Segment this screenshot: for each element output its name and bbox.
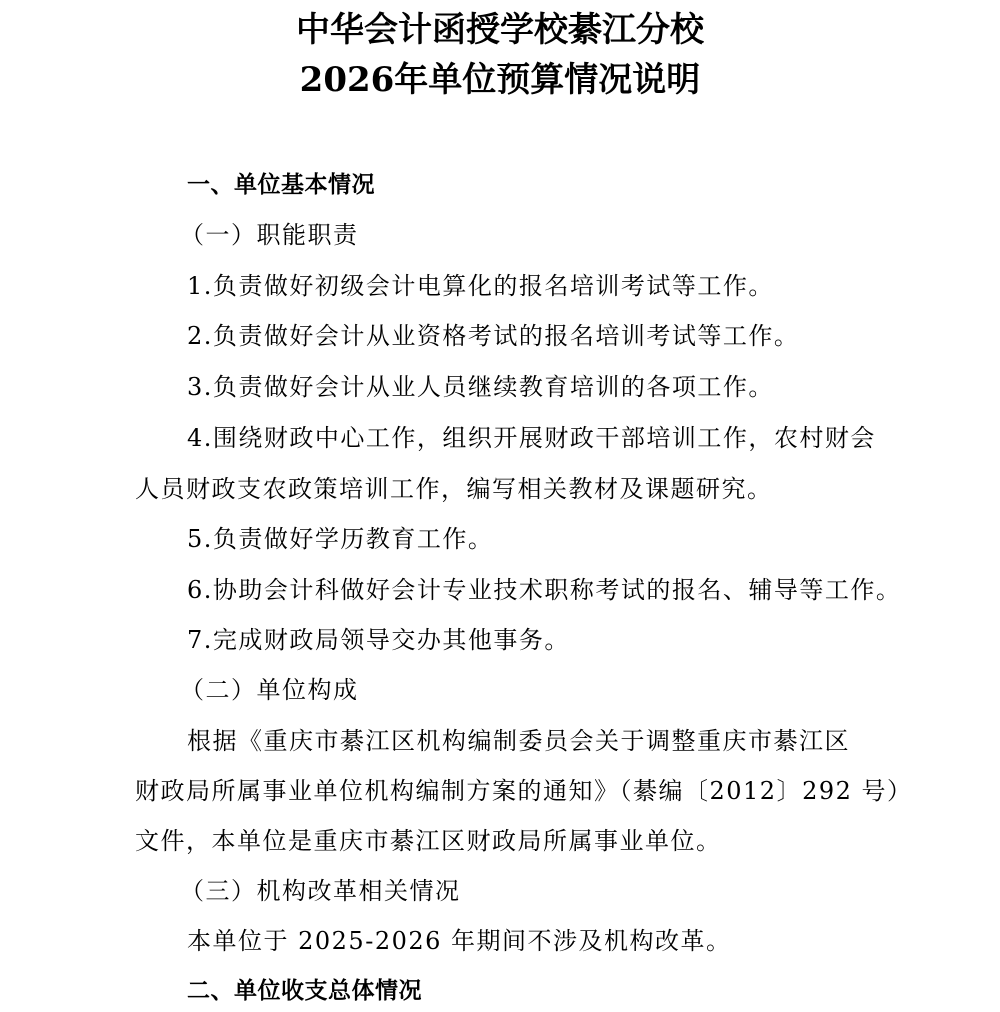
document-title-line2: 2026年单位预算情况说明 [0,60,1000,100]
duty-item-6: 6.协助会计科做好会计专业技术职称考试的报名、辅导等工作。 [187,575,901,605]
duty-item-3: 3.负责做好会计从业人员继续教育培训的各项工作。 [187,372,774,402]
section2-heading: 二、单位收支总体情况 [187,976,422,1006]
sub3-heading: （三）机构改革相关情况 [180,876,461,906]
duty-item-1: 1.负责做好初级会计电算化的报名培训考试等工作。 [187,271,774,301]
duty-item-4-cont: 人员财政支农政策培训工作，编写相关教材及课题研究。 [135,474,773,504]
duty-item-2: 2.负责做好会计从业资格考试的报名培训考试等工作。 [187,321,799,351]
sub2-line-1: 根据《重庆市綦江区机构编制委员会关于调整重庆市綦江区 [187,726,850,756]
duty-item-7: 7.完成财政局领导交办其他事务。 [187,625,570,655]
document-title-line1: 中华会计函授学校綦江分校 [0,10,1000,50]
duty-item-4: 4.围绕财政中心工作，组织开展财政干部培训工作，农村财会 [187,423,876,453]
sub2-heading: （二）单位构成 [180,675,359,705]
section1-heading: 一、单位基本情况 [187,170,375,200]
sub3-text: 本单位于 2025-2026 年期间不涉及机构改革。 [187,926,732,956]
sub2-line-3: 文件，本单位是重庆市綦江区财政局所属事业单位。 [135,826,722,856]
sub2-line-2: 财政局所属事业单位机构编制方案的通知》（綦编〔2012〕292 号） [135,776,913,806]
duty-item-5: 5.负责做好学历教育工作。 [187,524,493,554]
sub1-heading: （一）职能职责 [180,220,359,250]
